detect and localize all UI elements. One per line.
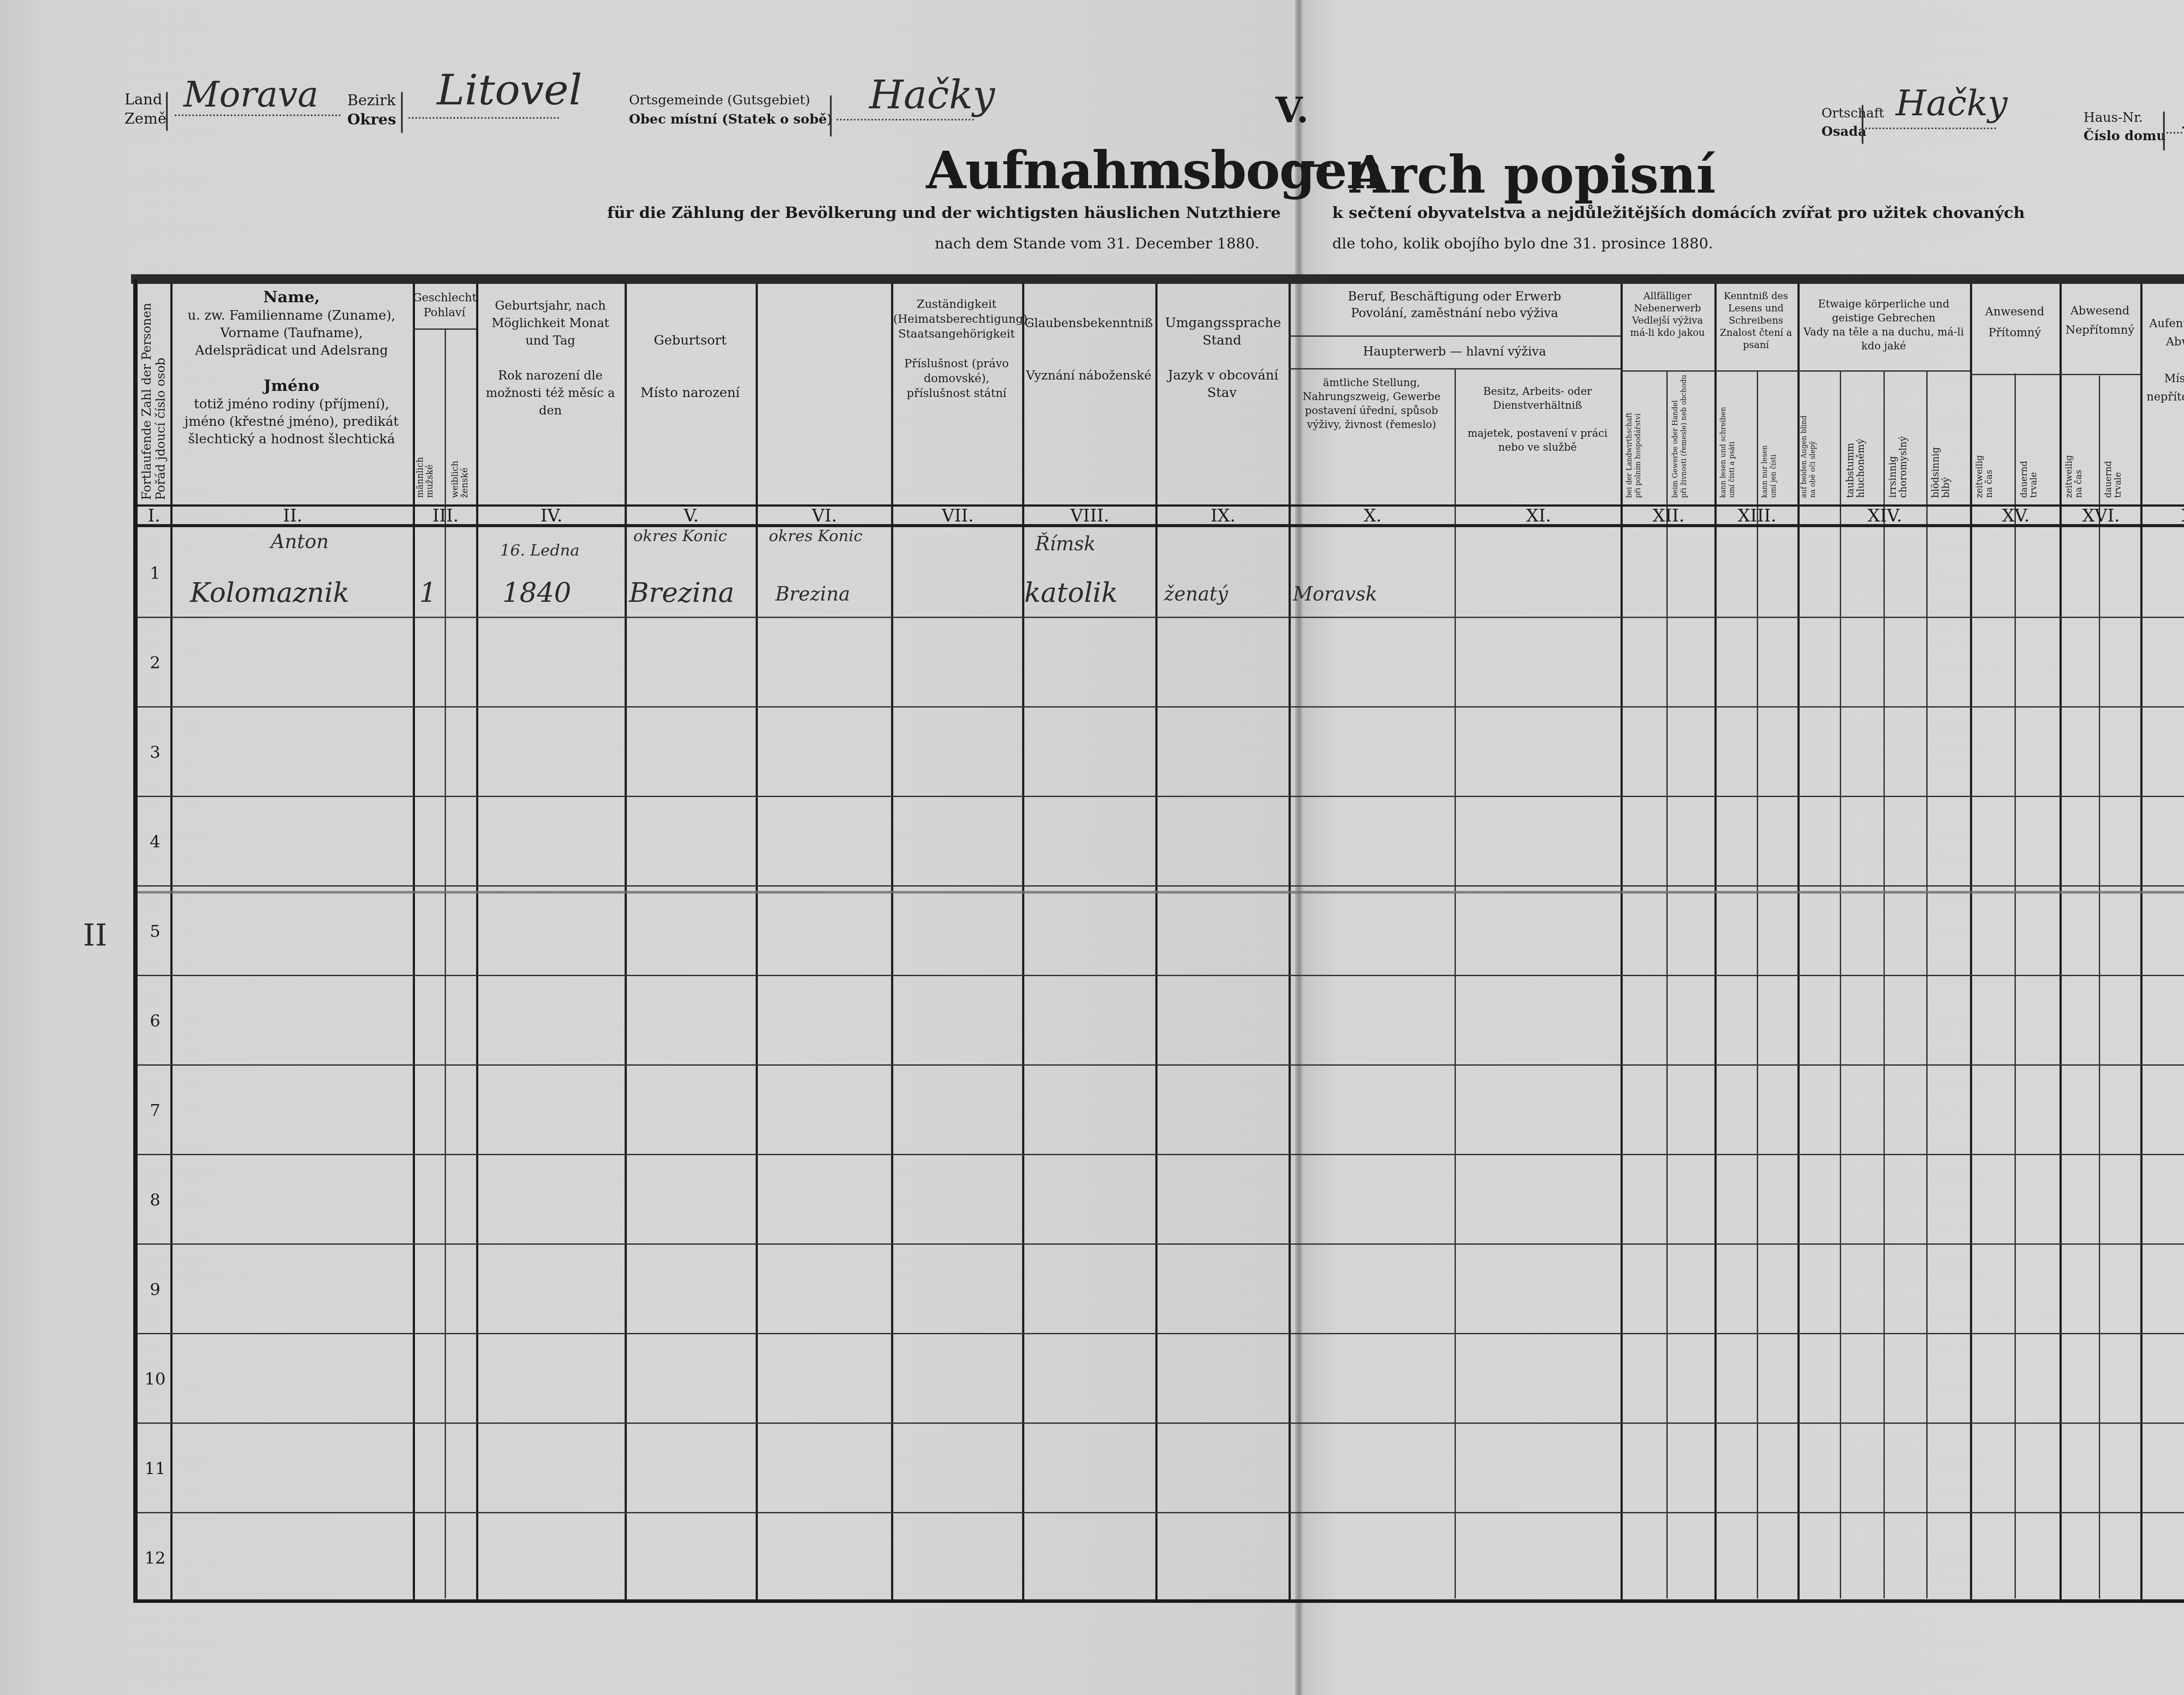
- date-cz: dle toho, kolik obojího bylo dne 31. pro…: [1332, 235, 1713, 252]
- right-page: [1299, 0, 2184, 1695]
- birth-day[interactable]: 16. Ledna: [500, 542, 580, 559]
- ortschaft-label-de: Ortschaft: [1821, 105, 1884, 122]
- surname[interactable]: Kolomaznik: [190, 577, 349, 608]
- row-num: 12: [140, 1548, 170, 1567]
- language[interactable]: Moravsk: [1293, 583, 1377, 605]
- land-label-de: Land: [124, 91, 162, 108]
- given-name[interactable]: Anton: [271, 531, 329, 553]
- bezirk-label-de: Bezirk: [347, 92, 396, 109]
- col-iii-header: GeschlechtPohlaví: [413, 290, 476, 320]
- col-xiii-sub-b: kann nur lesenumí jen čísti: [1760, 380, 1778, 498]
- col-num-xiv: XIV.: [1800, 506, 1970, 525]
- col-num-xiii: XIII.: [1717, 506, 1797, 525]
- col-xiv-sub-c: irrsinnigchoromyslný: [1888, 380, 1909, 498]
- row-num: 11: [140, 1459, 170, 1478]
- bezirk-label-cz: Okres: [347, 111, 396, 128]
- col-iii-female: weiblichženské: [450, 419, 469, 498]
- col-xv-header: AnwesendPřítomný: [1972, 301, 2057, 343]
- household-marker: II: [83, 917, 107, 953]
- title-dash: —: [1293, 140, 1332, 186]
- col-xiii-header: Kenntniß des Lesens und SchreibensZnalos…: [1717, 290, 1795, 352]
- col-num-vii: VII.: [893, 506, 1022, 525]
- sex-male[interactable]: 1: [419, 577, 436, 608]
- row-num: 6: [140, 1011, 170, 1030]
- col-num-ix: IX.: [1158, 506, 1289, 525]
- row-num: 10: [140, 1369, 170, 1388]
- col-xiv-header: Etwaige körperliche und geistige Gebrech…: [1800, 297, 1968, 353]
- row-num: 2: [140, 653, 170, 672]
- col-num-i: I.: [138, 506, 170, 525]
- col-v-header: GeburtsortMísto narození: [627, 332, 753, 402]
- col-xvi-header: AbwesendNepřítomný: [2062, 301, 2138, 340]
- col-x-xi-group-header: Beruf, Beschäftigung oder ErwerbPovolání…: [1291, 288, 1618, 321]
- col-xvi-sub-a: zeitweiligna čas: [2064, 419, 2083, 498]
- domicile-district[interactable]: okres Konic: [769, 526, 882, 546]
- col-xii-header: Allfälliger NebenerwerbVedlejší výživa m…: [1623, 290, 1712, 339]
- col-iv-header: Geburtsjahr, nach Möglichkeit Monat und …: [478, 297, 622, 419]
- land-value[interactable]: Morava: [183, 74, 318, 115]
- gemeinde-label-cz: Obec místní (Statek o sobě): [629, 111, 833, 128]
- col-xvii-header: Aufenthaltsort des AbwesendenMísto, kde …: [2143, 314, 2184, 406]
- sheet-letter: V.: [1275, 90, 1309, 131]
- row-num: 5: [140, 922, 170, 941]
- col-num-xvii: XVII.: [2143, 506, 2184, 525]
- haus-label-cz: Číslo domu: [2084, 128, 2166, 145]
- col-xvi-sub-b: dauerndtrvale: [2103, 419, 2122, 498]
- title-cz: Arch popisní: [1350, 144, 1716, 205]
- row-num: 1: [140, 563, 170, 583]
- religion[interactable]: katolik: [1024, 577, 1118, 608]
- col-num-ii: II.: [173, 506, 413, 525]
- col-xiv-sub-b: taubstummhluchoněmý: [1845, 380, 1866, 498]
- row-num: 9: [140, 1280, 170, 1299]
- ortschaft-value[interactable]: Hačky: [1896, 83, 2008, 124]
- religion-prefix[interactable]: Římsk: [1035, 533, 1095, 555]
- col-num-xvi: XVI.: [2062, 506, 2140, 525]
- col-num-vi: VI.: [758, 506, 891, 525]
- haus-value[interactable]: 14: [2180, 96, 2184, 137]
- subtitle-cz: k sečtení obyvatelstva a nejdůležitějšíc…: [1332, 204, 2025, 222]
- row-num: 4: [140, 832, 170, 851]
- ortschaft-label-cz: Osada: [1821, 123, 1866, 141]
- col-xii-sub-b: beim Gewerbe oder Handelpři živnosti (ře…: [1671, 380, 1688, 498]
- book-spine: [1295, 0, 1303, 1695]
- col-xii-sub-a: bei der Landwirthschaftpři polním hospod…: [1625, 380, 1642, 498]
- table-top-border: [131, 274, 2184, 284]
- left-page: [0, 0, 1299, 1695]
- col-x-header: ämtliche Stellung, Nahrungszweig, Gewerb…: [1291, 376, 1452, 432]
- col-xiv-sub-d: blödsinnigblbý: [1931, 380, 1952, 498]
- col-vi-header: Zuständigkeit (Heimatsberechtigung), Sta…: [893, 297, 1020, 401]
- row-num: 7: [140, 1101, 170, 1120]
- household-separator-line: [138, 891, 2184, 894]
- birth-place[interactable]: Brezina: [629, 577, 734, 608]
- col-num-viii: VIII.: [1024, 506, 1155, 525]
- col-num-xi: XI.: [1457, 506, 1621, 525]
- col-vii-header: GlaubensbekenntnißVyznání náboženské: [1024, 314, 1153, 384]
- date-de: nach dem Stande vom 31. December 1880.: [935, 235, 1259, 252]
- col-xv-sub-a: zeitweiligna čas: [1974, 419, 1994, 498]
- subtitle-de: für die Zählung der Bevölkerung und der …: [607, 204, 1281, 222]
- col-ix-header-text: UmgangsspracheJazyk v obcování: [1160, 314, 1286, 384]
- marital-status[interactable]: ženatý: [1164, 583, 1228, 605]
- birth-year[interactable]: 1840: [502, 577, 571, 608]
- col-num-xii: XII.: [1623, 506, 1714, 525]
- col-i-header: Fortlaufende Zahl der PersonenPořád jdou…: [140, 290, 168, 500]
- bezirk-value[interactable]: Litovel: [437, 66, 582, 114]
- col-num-x: X.: [1291, 506, 1455, 525]
- row-num: 3: [140, 742, 170, 762]
- col-iii-male: männlichmužské: [415, 419, 434, 498]
- col-num-v: V.: [627, 506, 756, 525]
- col-num-iii: III.: [415, 506, 476, 525]
- col-num-iv: IV.: [478, 506, 625, 525]
- row-num: 8: [140, 1190, 170, 1209]
- col-xi-header: Besitz, Arbeits- oder Dienstverhältnißma…: [1457, 384, 1618, 454]
- col-xiv-sub-a: auf beiden Augen blindna obě oči slepý: [1800, 380, 1817, 498]
- gemeinde-label-de: Ortsgemeinde (Gutsgebiet): [629, 92, 810, 109]
- birth-place-district[interactable]: okres Konic: [633, 526, 747, 546]
- land-label-cz: Země: [124, 110, 166, 128]
- col-xiii-sub-a: kann lesen und schreibenumí čísti a psát…: [1719, 380, 1736, 498]
- col-x-xi-subgroup-header: Haupterwerb — hlavní výživa: [1291, 343, 1618, 360]
- col-ii-header: Name,u. zw. Familienname (Zuname), Vorna…: [173, 288, 411, 448]
- col-num-xv: XV.: [1972, 506, 2060, 525]
- domicile[interactable]: Brezina: [775, 583, 850, 605]
- haus-label-de: Haus-Nr.: [2084, 109, 2143, 127]
- gemeinde-value[interactable]: Hačky: [869, 72, 995, 118]
- col-xv-sub-b: dauerndtrvale: [2019, 419, 2038, 498]
